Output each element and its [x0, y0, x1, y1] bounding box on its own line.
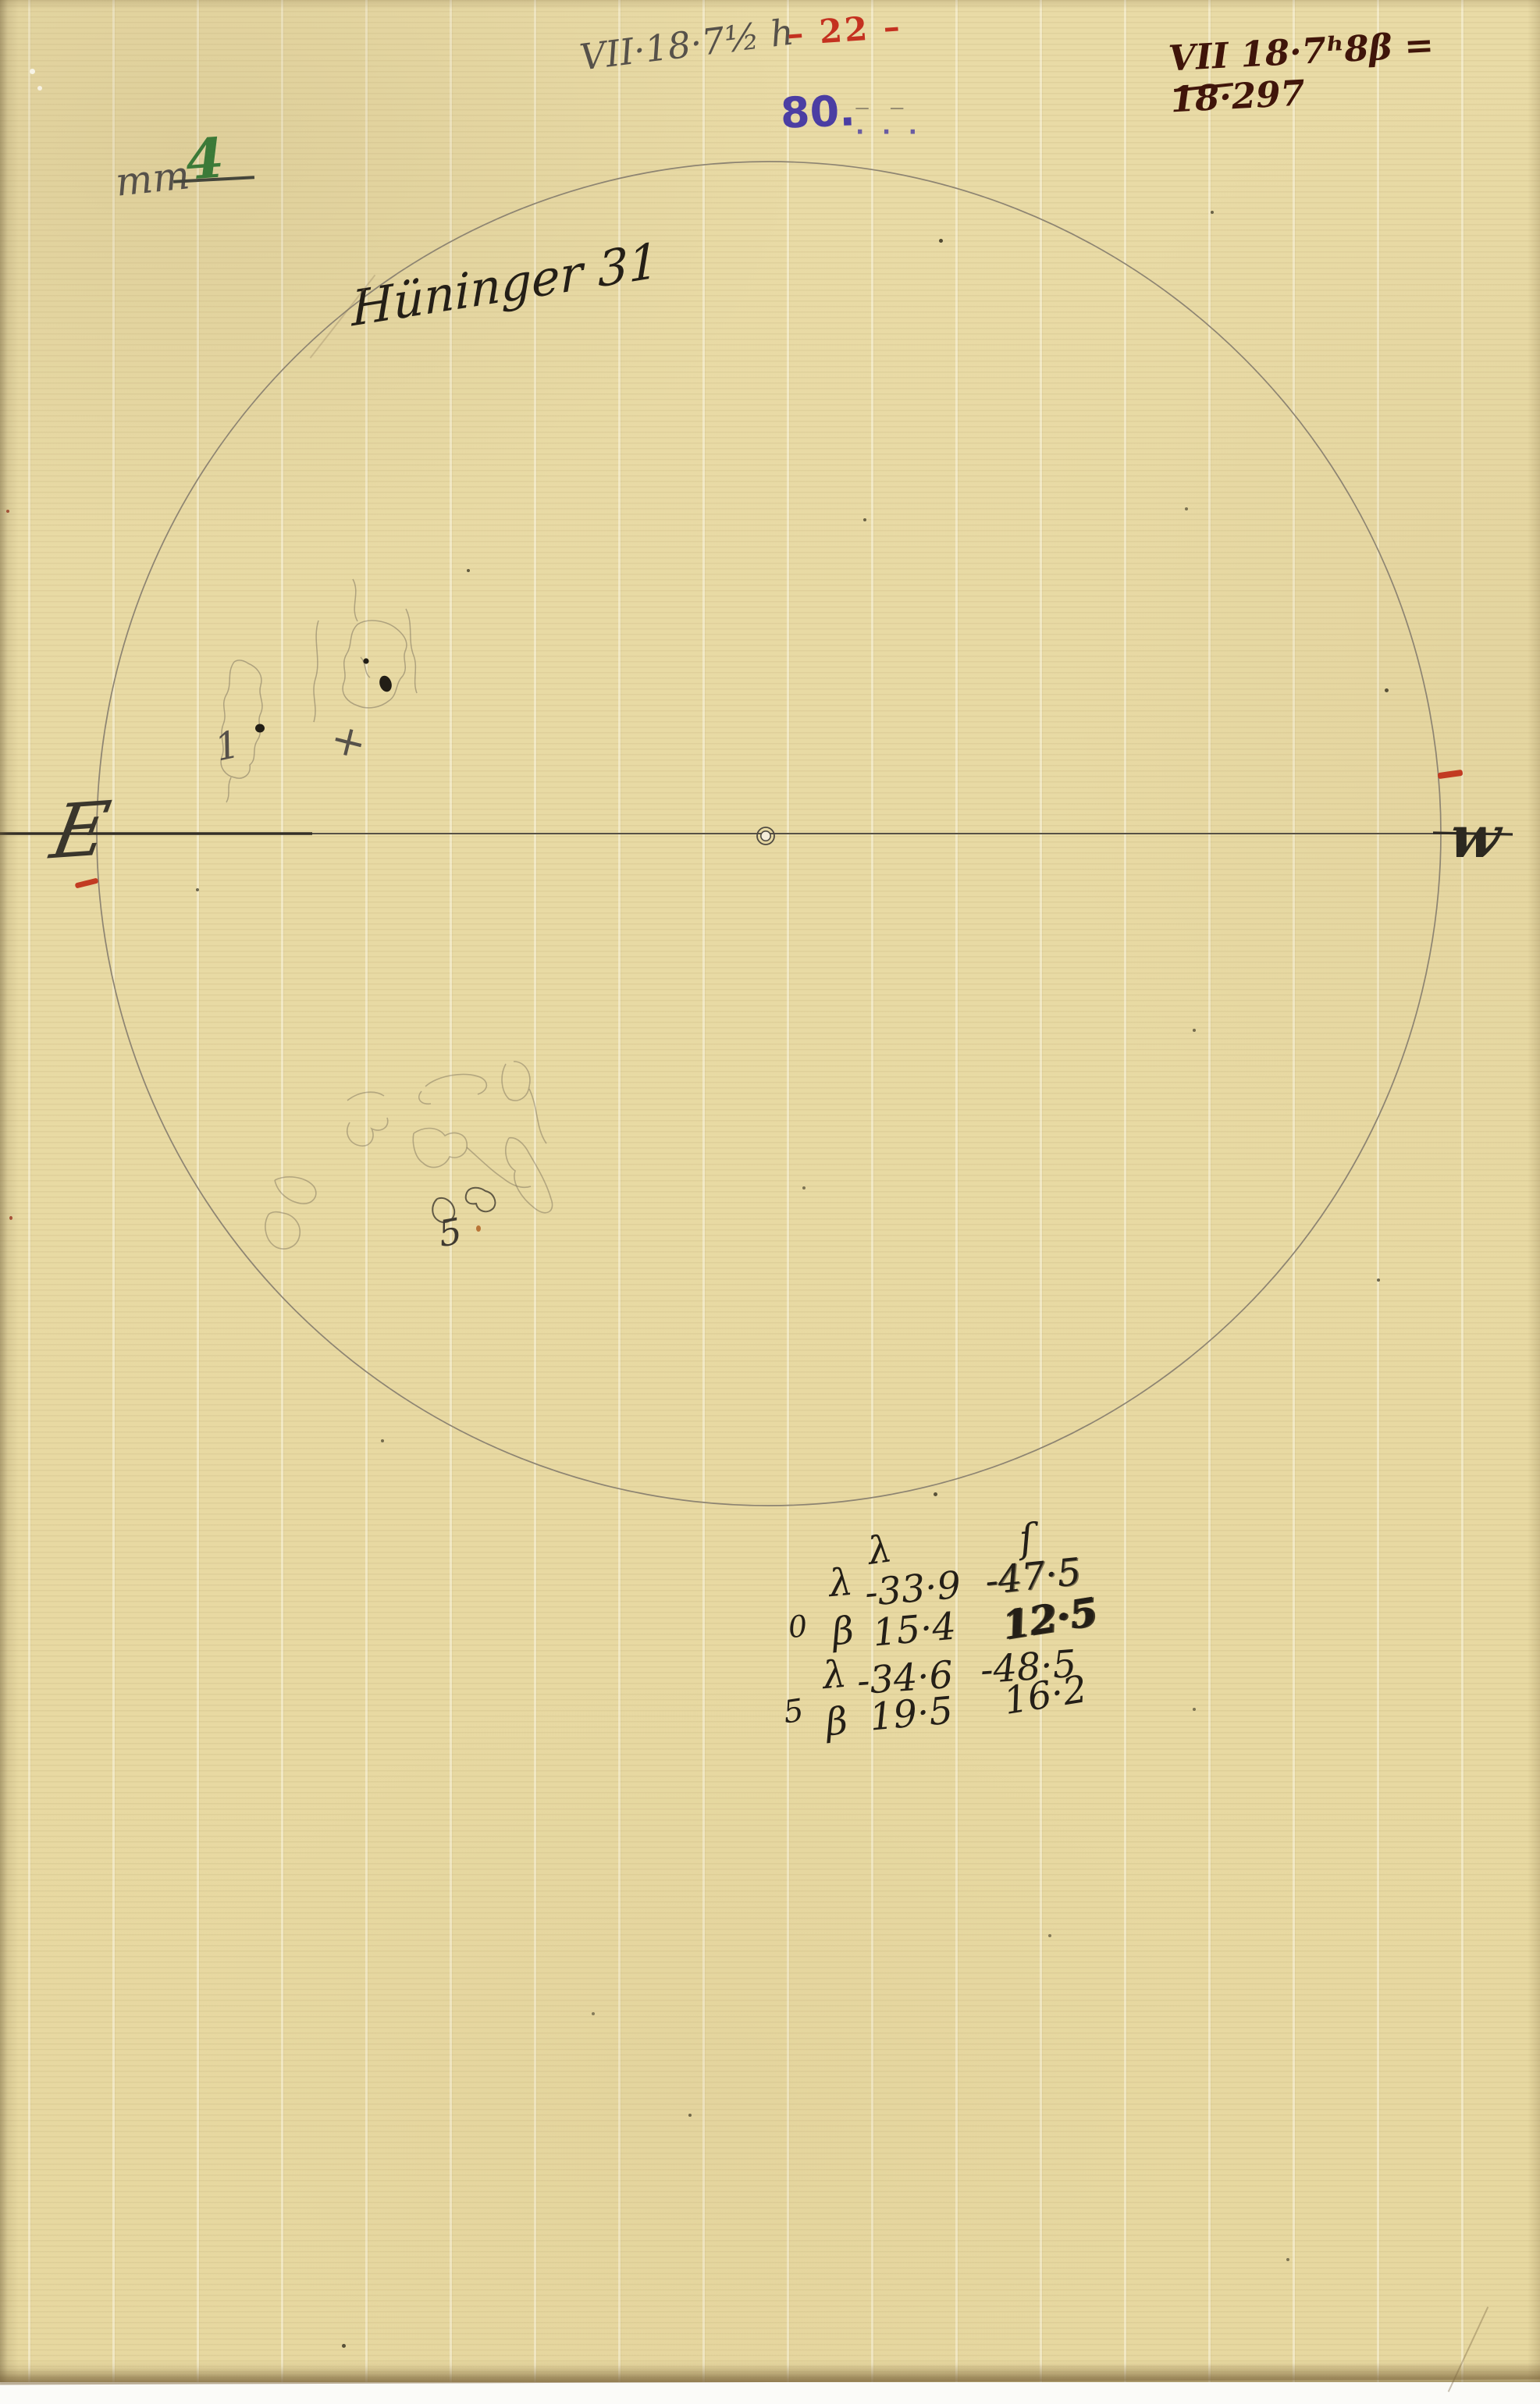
disk-center-mark	[757, 827, 774, 845]
drawing-number-red: – 22 –	[785, 7, 903, 53]
scale-value-green: 4	[183, 125, 226, 192]
paper-speck	[939, 239, 943, 243]
table-header-col1: λ	[865, 1527, 894, 1574]
red-tick-left	[75, 877, 99, 888]
paper-speck	[1286, 2258, 1289, 2261]
stamp-dots: · · ·	[855, 119, 922, 146]
observation-date-pencil: VII·18·7½ h	[578, 10, 796, 78]
scale-label: mm	[113, 152, 191, 205]
pencil-dashes: ‒ ‒	[855, 94, 911, 121]
white-fleck	[30, 69, 35, 74]
sunspot-group-a-outlines	[221, 579, 417, 802]
group1-margin-number: 0	[787, 1609, 809, 1645]
row2-symbol: β	[830, 1609, 855, 1655]
red-edge-speck	[9, 1216, 12, 1220]
paper-speck	[196, 888, 199, 891]
paper-speck	[1211, 211, 1214, 214]
paper-speck	[1193, 1029, 1196, 1032]
group-a-number: 1	[212, 722, 244, 770]
west-label: w	[1446, 804, 1505, 871]
row3-symbol: λ	[821, 1652, 848, 1698]
row4-value1: 19·5	[868, 1688, 955, 1739]
group2-margin-number: 5	[781, 1692, 806, 1730]
row1-symbol: λ	[827, 1560, 855, 1606]
paper-edge-shading	[0, 0, 1540, 2382]
solar-disk-drawing	[0, 0, 1540, 2382]
scanned-sunspot-drawing-page: { "page": { "top_center_date": "VII·18·7…	[0, 0, 1540, 2404]
paper-speck	[381, 1439, 384, 1442]
paper-speck	[863, 518, 866, 521]
julian-date-annotation: VII 18·7ʰ8β = 18·297	[1168, 19, 1540, 121]
red-edge-speck	[6, 510, 9, 513]
paper-speck	[1385, 688, 1389, 692]
group-b-number: 5	[436, 1210, 465, 1255]
paper-speck	[802, 1186, 806, 1190]
paper-sheet: VII·18·7½ h – 22 – 80. ‒ ‒ · · · VII 18·…	[0, 0, 1540, 2382]
row2-value1: 15·4	[871, 1604, 958, 1655]
paper-speck	[342, 2344, 346, 2348]
red-tick-right	[1438, 770, 1464, 779]
solar-disk-circle	[97, 162, 1441, 1506]
east-label: E	[44, 785, 116, 877]
paper-speck	[1185, 507, 1188, 510]
orange-speck	[476, 1225, 481, 1232]
stamp-number: 80.	[780, 86, 856, 137]
paper-bottom-edge	[0, 2363, 1540, 2385]
paper-speck	[688, 2114, 692, 2117]
paper-speck	[1377, 1278, 1380, 1282]
paper-speck	[1048, 1934, 1051, 1937]
observer-signature: Hüninger 31	[351, 231, 660, 337]
paper-speck	[467, 569, 470, 572]
white-fleck	[37, 86, 42, 91]
sunspot-group-a-umbrae	[255, 658, 393, 732]
group-a-cross-mark: +	[325, 713, 372, 769]
paper-speck	[592, 2012, 595, 2015]
sunspot-group-b-outlines	[265, 1062, 553, 1249]
paper-speck	[1193, 1708, 1196, 1711]
row4-symbol: β	[823, 1699, 849, 1745]
paper-speck	[934, 1492, 937, 1496]
